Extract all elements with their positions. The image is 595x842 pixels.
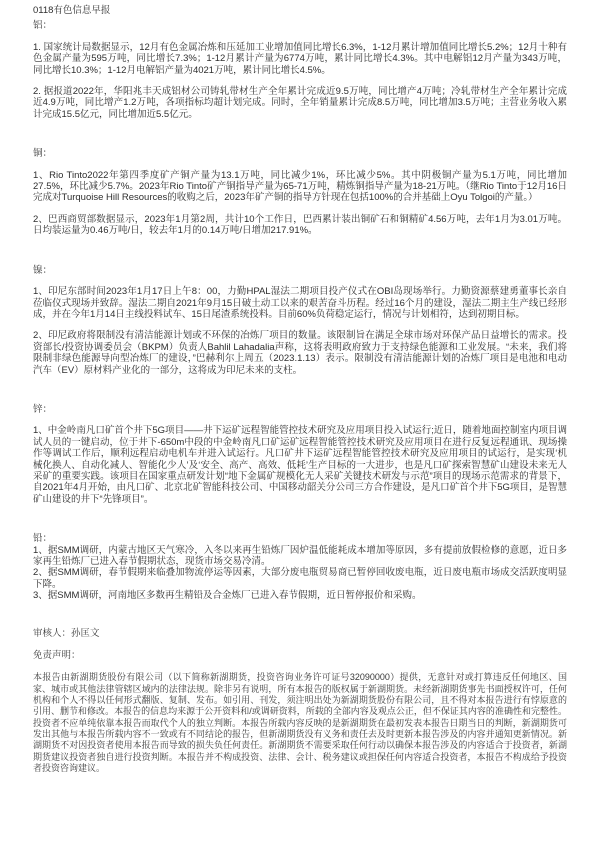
nickel-news-item-1: 1、印尼东部时间2023年1月17日上午8：00，力勤HPAL湿法二期项目投产仪… bbox=[33, 286, 567, 320]
aluminum-news-item-2: 2. 据报道2022年，华阳兆丰天成铝材公司铸轧带材生产全年累计完成近9.5万吨… bbox=[33, 86, 567, 120]
lead-news-item-3: 3、据SMM调研，河南地区多数再生精铅及合金炼厂已进入春节假期，近日暂停报价和采… bbox=[33, 590, 567, 601]
disclaimer-label: 免责声明： bbox=[33, 650, 567, 661]
section-zinc: 锌： 1、中金岭南凡口矿首个井下5G项目——井下运矿远程智能管控技术研究及应用项… bbox=[33, 404, 567, 505]
report-title: 0118有色信息早报 bbox=[33, 5, 567, 16]
section-lead-label: 铅： bbox=[33, 533, 567, 544]
section-copper: 铜： 1、Rio Tinto2022年第四季度矿产铜产量为13.1万吨，同比减少… bbox=[33, 148, 567, 236]
copper-news-item-2: 2、巴西商贸部数据显示，2023年1月第2周，共计10个工作日，巴西累计装出铜矿… bbox=[33, 214, 567, 237]
reviewer-line: 审核人：孙匡文 bbox=[33, 628, 567, 639]
section-nickel: 镍： 1、印尼东部时间2023年1月17日上午8：00，力勤HPAL湿法二期项目… bbox=[33, 265, 567, 376]
aluminum-news-item-1: 1. 国家统计局数据显示，12月有色金属冶炼和压延加工业增加值同比增长6.3%，… bbox=[33, 42, 567, 76]
lead-news-item-2: 2、据SMM调研，春节假期来临叠加物流停运等因素，大部分废电瓶贸易商已暂停回收废… bbox=[33, 567, 567, 590]
section-lead: 铅： 1、据SMM调研，内蒙古地区天气寒冷，入冬以来再生铅炼厂因炉温低能耗成本增… bbox=[33, 533, 567, 601]
section-aluminum: 铝： 1. 国家统计局数据显示，12月有色金属冶炼和压延加工业增加值同比增长6.… bbox=[33, 20, 567, 120]
section-copper-label: 铜： bbox=[33, 148, 567, 159]
nickel-news-item-2: 2、印尼政府将限制没有清洁能源计划或不环保的冶炼厂项目的数量。该限制旨在满足全球… bbox=[33, 330, 567, 376]
section-nickel-label: 镍： bbox=[33, 265, 567, 276]
disclaimer-text: 本报告由新湖期货股份有限公司（以下简称新湖期货，投资咨询业务许可证号320900… bbox=[33, 672, 567, 774]
section-zinc-label: 锌： bbox=[33, 404, 567, 415]
report-page: 0118有色信息早报 铝： 1. 国家统计局数据显示，12月有色金属冶炼和压延加… bbox=[0, 0, 595, 842]
zinc-news-item-1: 1、中金岭南凡口矿首个井下5G项目——井下运矿远程智能管控技术研究及应用项目投入… bbox=[33, 425, 567, 505]
lead-news-item-1: 1、据SMM调研，内蒙古地区天气寒冷，入冬以来再生铅炼厂因炉温低能耗成本增加等原… bbox=[33, 545, 567, 568]
copper-news-item-1: 1、Rio Tinto2022年第四季度矿产铜产量为13.1万吨，同比减少1%，… bbox=[33, 170, 567, 204]
section-aluminum-label: 铝： bbox=[33, 20, 567, 31]
